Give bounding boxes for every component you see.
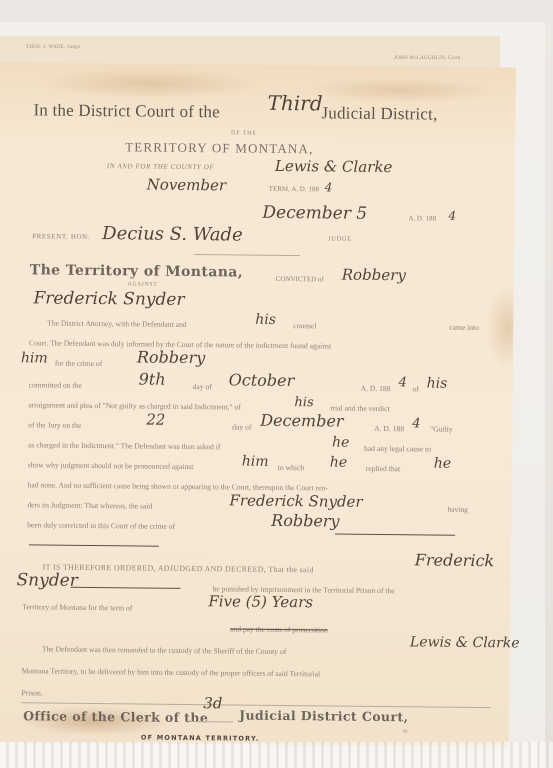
county-handwritten: Lewis & Clarke (275, 157, 393, 176)
underlying-sheet-right-text: JOHN McLAUGHLIN, Clerk (394, 56, 461, 61)
body-his-1: his (255, 312, 276, 328)
body-day-committed: 9th (139, 369, 166, 388)
body-him-2: him (242, 454, 269, 470)
remand-line-2: Montana Territory, to be delivered by hi… (22, 666, 321, 678)
body-line-8c: replied that (366, 464, 400, 473)
body-line-3a: for the crime of (55, 359, 103, 368)
body-crime-1: Robbery (137, 347, 206, 367)
underlying-sheet-left-text: THOS. J. WADE, Judge (26, 45, 81, 50)
body-line-4d: of (413, 384, 419, 393)
term-month-handwritten: November (147, 176, 227, 195)
header-divider (194, 254, 300, 256)
date-label: A. D. 188 (408, 214, 436, 222)
body-line-10a: ders its Judgment: That whereas, the sai… (27, 500, 152, 510)
body-line-4c: A. D. 188 (361, 384, 391, 393)
body-line-9: had none. And no sufficient cause being … (28, 480, 328, 492)
body-verdict-month: December (260, 411, 343, 431)
body-verdict-year: 4 (412, 416, 420, 431)
judge-label: JUDGE (328, 235, 352, 242)
body-line-7b: had any legal cause to (364, 444, 431, 454)
body-year-committed: 4 (399, 375, 407, 390)
body-line-8a: show why judgment should not be pronounc… (28, 460, 194, 471)
convicted-label: CONVICTED of (276, 275, 324, 284)
order-line-3a: Territory of Montana for the term of (22, 602, 132, 612)
term-year-handwritten: 4 (325, 180, 333, 194)
judge-name-handwritten: Decius S. Wade (102, 223, 243, 245)
body-line-6c: A. D. 188 (374, 424, 404, 433)
county-label: IN AND FOR THE COUNTY OF (107, 162, 214, 171)
header-line-suffix: Judicial District, (321, 103, 437, 124)
order-term-handwritten: Five (5) Years (208, 592, 313, 611)
body-line-4b: day of (193, 382, 212, 391)
body-he-3: he (434, 456, 451, 472)
court-document: In the District Court of the Third Judic… (0, 62, 516, 747)
body-line-6a: of the Jury on the (28, 420, 81, 430)
date-year-handwritten: 4 (448, 209, 456, 223)
body-line-5a: arraignment and plea of "Not guilty as c… (28, 400, 240, 411)
order-name-last: Snyder (16, 570, 77, 591)
body-line-6b: day of (232, 422, 251, 431)
defendant-name-handwritten: Frederick Snyder (33, 288, 184, 310)
plaintiff-heading: The Territory of Montana, (30, 262, 243, 280)
body-line-11a: been duly convicted in this Court of the… (27, 520, 175, 531)
crime-underline (335, 534, 455, 536)
header-line-prefix: In the District Court of the (33, 100, 220, 122)
term-label: TERM, A. D. 188 (269, 185, 319, 194)
order-line-1a: IT IS THEREFORE ORDERED, ADJUDGED AND DE… (43, 562, 314, 574)
body-line-1b: counsel (293, 321, 316, 330)
body-defendant-name: Frederick Snyder (229, 491, 362, 510)
clerk-court-label: Judicial District Court, (239, 708, 408, 725)
body-him-1: him (21, 350, 48, 366)
body-line-1a: The District Attorney, with the Defendan… (47, 319, 186, 329)
body-line-10b: having (447, 505, 468, 514)
order-costs-struck: and pay the costs of prosecution (230, 624, 328, 634)
present-label: PRESENT, HON. (32, 232, 90, 241)
clerk-office-label: Office of the Clerk of the (23, 708, 208, 725)
crime-handwritten: Robbery (342, 266, 406, 285)
of-the-label: OF THE (231, 130, 257, 136)
remand-county-handwritten: Lewis & Clarke (410, 634, 520, 651)
body-month-committed: October (229, 370, 295, 390)
body-line-7a: as charged in the Indictment." The Defen… (28, 440, 220, 451)
body-line-8b: to which (278, 463, 304, 472)
district-number-handwritten: Third (267, 91, 322, 116)
body-his-2: his (427, 375, 448, 391)
body-line-1c: came into (449, 323, 479, 332)
remand-line-3: Prison. (21, 688, 42, 697)
body-line-4a: committed on the (29, 380, 82, 390)
order-name-underline (70, 587, 180, 589)
territory-heading: TERRITORY OF MONTANA, (125, 139, 314, 157)
sleeve-bottom-edge (0, 742, 553, 768)
body-he-2: he (330, 454, 347, 470)
clerk-ss-label: ss. (403, 728, 409, 734)
body-his-3: his (294, 395, 313, 410)
body-crime-2: Robbery (271, 511, 340, 531)
body-verdict-day: 22 (146, 411, 165, 429)
clerk-district-handwritten: 3d (203, 694, 222, 712)
body-line-6d: "Guilty (430, 425, 453, 434)
crime-continuation-line (29, 544, 159, 546)
remand-line-1a: The Defendant was then remanded to the c… (42, 644, 287, 656)
date-handwritten: December 5 (262, 203, 367, 224)
against-label: AGAINST (128, 281, 158, 287)
body-he-1: he (332, 434, 349, 450)
order-name-first: Frederick (415, 550, 495, 570)
